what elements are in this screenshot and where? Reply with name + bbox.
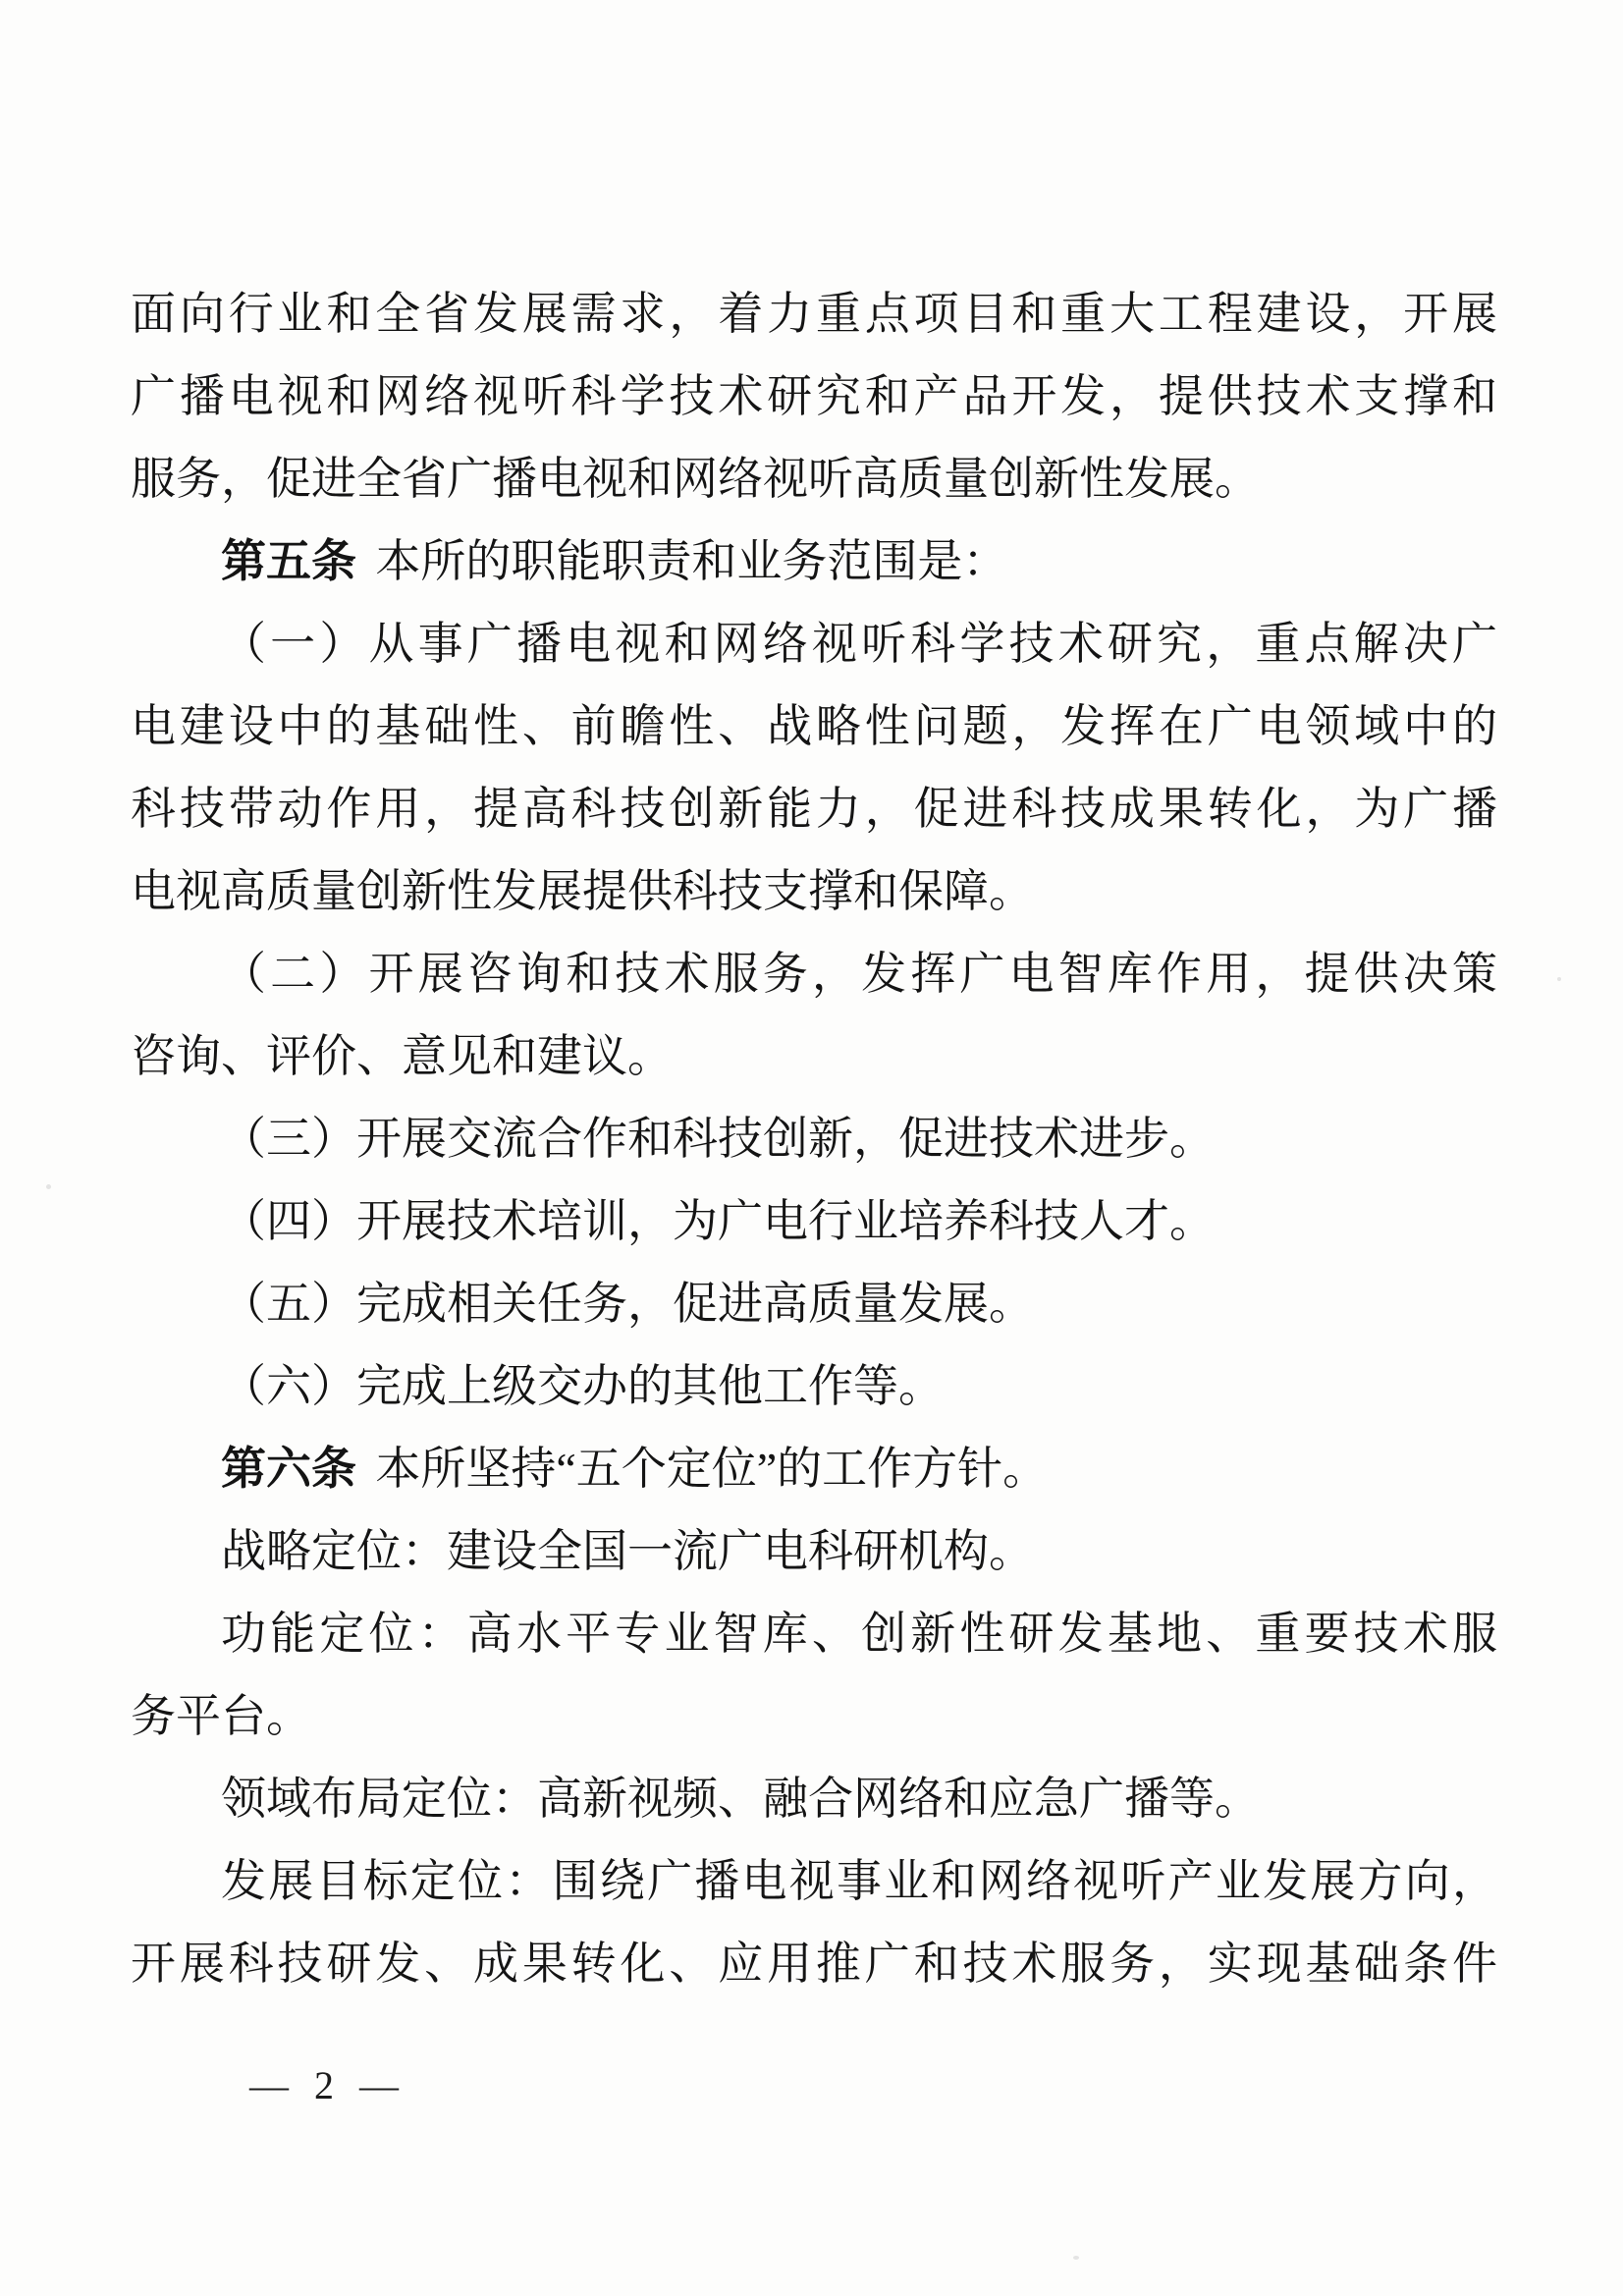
line-text: 开展科技研发、成果转化、应用推广和技术服务，实现基础条件 <box>131 1939 1497 1989</box>
line-text: 功能定位：高水平专业智库、创新性研发基地、重要技术服 <box>221 1609 1497 1659</box>
line-text: 领域布局定位：高新视频、融合网络和应急广播等。 <box>221 1774 1260 1824</box>
line-text: （六）完成上级交办的其他工作等。 <box>221 1361 944 1411</box>
line-text: 广播电视和网络视听科学技术研究和产品开发，提供技术支撑和 <box>131 371 1497 421</box>
article-number: 第五条 <box>221 536 356 586</box>
line-text: 战略定位：建设全国一流广电科研机构。 <box>221 1526 1034 1576</box>
line-text: 服务，促进全省广播电视和网络视听高质量创新性发展。 <box>131 454 1260 504</box>
text-line: 广播电视和网络视听科学技术研究和产品开发，提供技术支撑和 <box>131 355 1497 438</box>
line-text: 咨询、评价、意见和建议。 <box>131 1031 673 1081</box>
line-text: （三）开展交流合作和科技创新，促进技术进步。 <box>221 1114 1215 1164</box>
line-text: （四）开展技术培训，为广电行业培养科技人才。 <box>221 1196 1215 1246</box>
scan-artifact <box>1557 977 1561 981</box>
text-line: 务平台。 <box>131 1675 1497 1758</box>
text-line: 服务，促进全省广播电视和网络视听高质量创新性发展。 <box>131 438 1497 520</box>
text-line: （二）开展咨询和技术服务，发挥广电智库作用，提供决策 <box>131 933 1497 1015</box>
line-text: 电视高质量创新性发展提供科技支撑和保障。 <box>131 866 1034 916</box>
article-number: 第六条 <box>221 1444 356 1494</box>
text-line: （六）完成上级交办的其他工作等。 <box>131 1345 1497 1428</box>
document-page: 面向行业和全省发展需求，着力重点项目和重大工程建设，开展 广播电视和网络视听科学… <box>0 0 1623 2296</box>
line-text: 发展目标定位：围绕广播电视事业和网络视听产业发展方向， <box>221 1856 1497 1906</box>
line-text: 务平台。 <box>131 1691 311 1741</box>
text-line: 领域布局定位：高新视频、融合网络和应急广播等。 <box>131 1758 1497 1840</box>
scan-artifact <box>46 1184 51 1189</box>
article-heading-line: 第五条本所的职能职责和业务范围是： <box>131 520 1497 603</box>
text-line: 功能定位：高水平专业智库、创新性研发基地、重要技术服 <box>131 1593 1497 1675</box>
line-text: 科技带动作用，提高科技创新能力，促进科技成果转化，为广播 <box>131 784 1497 834</box>
text-line: 面向行业和全省发展需求，着力重点项目和重大工程建设，开展 <box>131 273 1497 355</box>
text-line: 电视高质量创新性发展提供科技支撑和保障。 <box>131 850 1497 933</box>
text-line: （四）开展技术培训，为广电行业培养科技人才。 <box>131 1180 1497 1263</box>
line-text: （一）从事广播电视和网络视听科学技术研究，重点解决广 <box>221 619 1497 669</box>
text-line: 开展科技研发、成果转化、应用推广和技术服务，实现基础条件 <box>131 1923 1497 2005</box>
text-line: （五）完成相关任务，促进高质量发展。 <box>131 1263 1497 1345</box>
article-heading-line: 第六条本所坚持“五个定位”的工作方针。 <box>131 1428 1497 1510</box>
text-line: 电建设中的基础性、前瞻性、战略性问题，发挥在广电领域中的 <box>131 685 1497 768</box>
line-text: 本所坚持“五个定位”的工作方针。 <box>375 1444 1048 1494</box>
line-text: （五）完成相关任务，促进高质量发展。 <box>221 1279 1034 1329</box>
text-line: （三）开展交流合作和科技创新，促进技术进步。 <box>131 1098 1497 1180</box>
text-line: 科技带动作用，提高科技创新能力，促进科技成果转化，为广播 <box>131 768 1497 850</box>
text-line: （一）从事广播电视和网络视听科学技术研究，重点解决广 <box>131 603 1497 685</box>
page-number: — 2 — <box>249 2058 406 2113</box>
text-line: 咨询、评价、意见和建议。 <box>131 1015 1497 1098</box>
text-line: 战略定位：建设全国一流广电科研机构。 <box>131 1510 1497 1593</box>
line-text: （二）开展咨询和技术服务，发挥广电智库作用，提供决策 <box>221 949 1497 999</box>
text-line: 发展目标定位：围绕广播电视事业和网络视听产业发展方向， <box>131 1840 1497 1923</box>
scan-artifact <box>1073 2256 1079 2260</box>
line-text: 面向行业和全省发展需求，着力重点项目和重大工程建设，开展 <box>131 289 1497 339</box>
line-text: 电建设中的基础性、前瞻性、战略性问题，发挥在广电领域中的 <box>131 701 1497 751</box>
document-body: 面向行业和全省发展需求，着力重点项目和重大工程建设，开展 广播电视和网络视听科学… <box>131 273 1497 2005</box>
line-text: 本所的职能职责和业务范围是： <box>375 536 1007 586</box>
